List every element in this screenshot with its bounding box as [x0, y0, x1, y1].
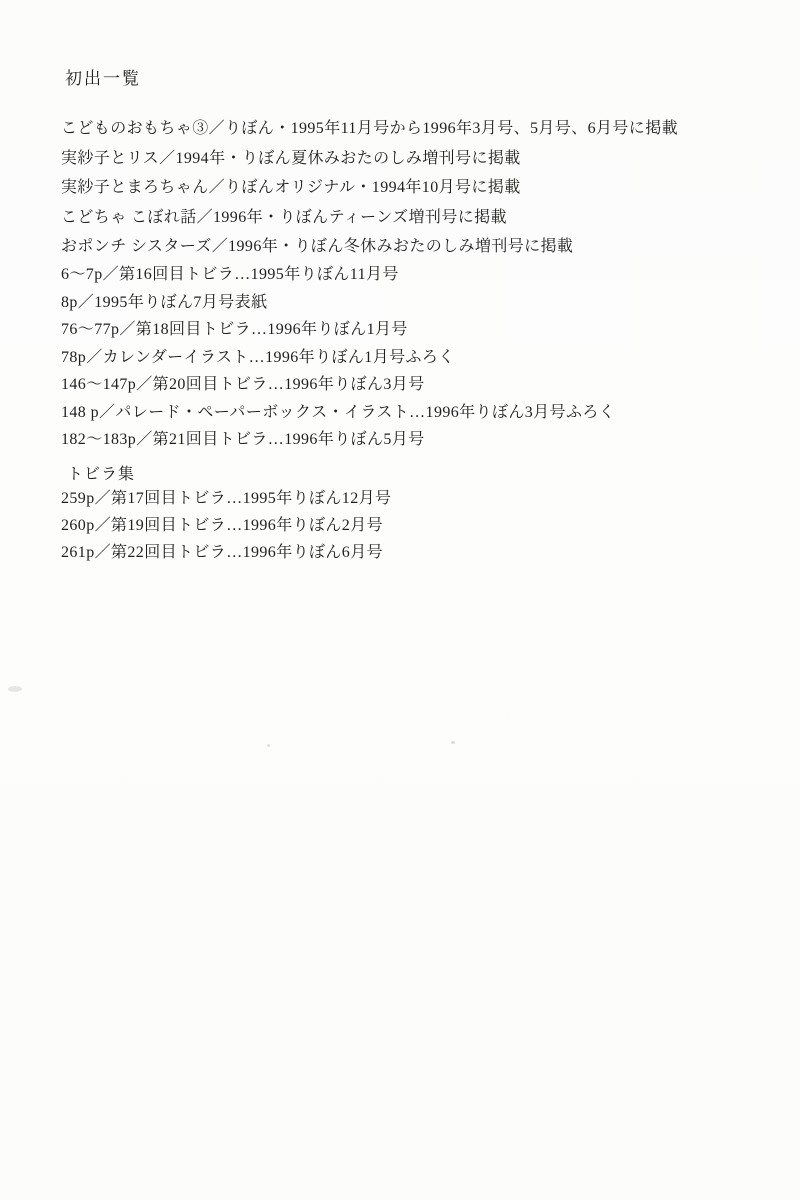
tobira-credit-line: 260p／第19回目トビラ…1996年りぼん2月号: [61, 512, 760, 539]
scan-speck: [267, 744, 270, 747]
scanned-book-page: 初出一覧 こどものおもちゃ③／りぼん・1995年11月号から1996年3月号、5…: [0, 0, 800, 1200]
page-credit-line: 8p／1995年りぼん7月号表紙: [61, 289, 760, 317]
page-credit-section: 6〜7p／第16回目トビラ…1995年りぼん11月号 8p／1995年りぼん7月…: [61, 261, 760, 454]
work-credit-line: こどものおもちゃ③／りぼん・1995年11月号から1996年3月号、5月号、6月…: [61, 114, 760, 144]
scan-speck: [451, 741, 455, 744]
tobira-section-heading: トビラ集: [67, 461, 135, 484]
work-credit-line: おポンチ シスターズ／1996年・りぼん冬休みおたのしみ増刊号に掲載: [61, 232, 760, 262]
page-credit-line: 78p／カレンダーイラスト…1996年りぼん1月号ふろく: [61, 344, 760, 372]
scan-speck: [8, 686, 22, 692]
page-credit-line: 6〜7p／第16回目トビラ…1995年りぼん11月号: [61, 261, 760, 289]
page-credit-line: 182〜183p／第21回目トビラ…1996年りぼん5月号: [61, 426, 760, 454]
page-title: 初出一覧: [65, 64, 141, 89]
page-credit-line: 146〜147p／第20回目トビラ…1996年りぼん3月号: [61, 371, 760, 399]
page-credit-line: 148 p／パレード・ペーパーボックス・イラスト…1996年りぼん3月号ふろく: [61, 399, 760, 427]
tobira-credit-line: 261p／第22回目トビラ…1996年りぼん6月号: [61, 539, 760, 566]
tobira-credit-section: 259p／第17回目トビラ…1995年りぼん12月号 260p／第19回目トビラ…: [61, 485, 760, 566]
work-credit-line: 実紗子とまろちゃん／りぼんオリジナル・1994年10月号に掲載: [61, 173, 760, 203]
works-credit-section: こどものおもちゃ③／りぼん・1995年11月号から1996年3月号、5月号、6月…: [61, 114, 760, 262]
work-credit-line: 実紗子とリス／1994年・りぼん夏休みおたのしみ増刊号に掲載: [61, 144, 760, 174]
tobira-credit-line: 259p／第17回目トビラ…1995年りぼん12月号: [61, 485, 760, 512]
work-credit-line: こどちゃ こぼれ話／1996年・りぼんティーンズ増刊号に掲載: [61, 203, 760, 233]
page-credit-line: 76〜77p／第18回目トビラ…1996年りぼん1月号: [61, 316, 760, 344]
